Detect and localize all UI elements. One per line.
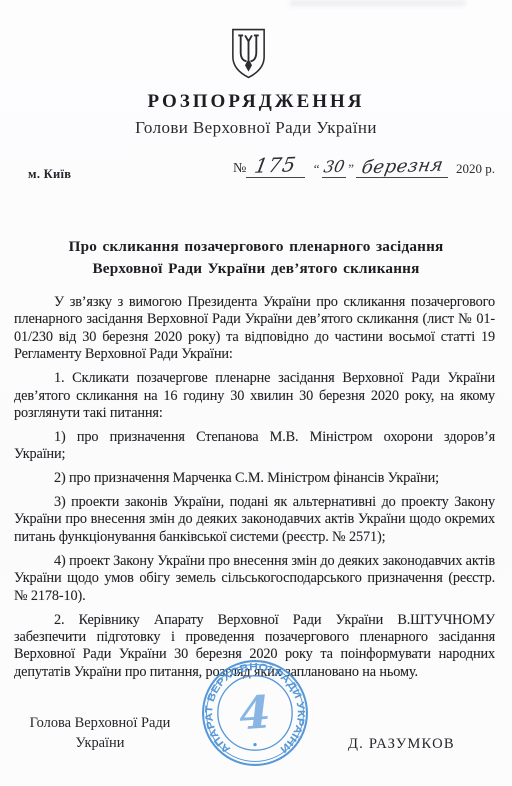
trident-icon	[238, 35, 259, 61]
body-paragraph: 1) про призначення Степанова М.В. Мініст…	[14, 429, 495, 464]
number-handwritten: 175	[253, 155, 298, 174]
stamp-handwritten-numeral: 4	[237, 685, 272, 740]
number-date-line: № 175 “ 30 ” березня 2020 р.	[233, 156, 495, 178]
place-label: м. Київ	[28, 167, 71, 182]
ukraine-trident-emblem	[227, 26, 270, 82]
issuing-authority: Голови Верховної Ради України	[0, 118, 512, 138]
signatory-position-line-1: Голова Верховної Ради	[24, 713, 176, 733]
close-quote-mark: ”	[348, 161, 354, 178]
body-paragraph: У зв’язку з вимогою Президента України п…	[14, 294, 495, 364]
official-stamp: АПАРАТ ВЕРХОВНОЇ РАДИ УКРАЇНИ 4	[200, 658, 310, 768]
day-handwritten: 30	[322, 159, 345, 175]
scan-artifact	[290, 0, 465, 6]
year-label: 2020 р.	[456, 161, 495, 178]
title-line-1: Про скликання позачергового пленарного з…	[30, 236, 482, 258]
title-line-2: Верховної Ради України дев’ятого скликан…	[30, 258, 482, 280]
stamp-dot	[253, 743, 256, 746]
month-blank-field: березня	[356, 159, 448, 178]
body-paragraph: 1. Скликати позачергове пленарне засідан…	[14, 370, 495, 422]
document-page: РОЗПОРЯДЖЕННЯ Голови Верховної Ради Укра…	[0, 0, 512, 786]
number-label: №	[233, 161, 246, 178]
month-handwritten: березня	[360, 158, 444, 177]
signatory-position-line-2: України	[24, 733, 176, 753]
number-blank-field: 175	[246, 156, 304, 178]
body-paragraph: 3) проекти законів України, подані як ал…	[14, 494, 495, 546]
signatory-name: Д. РАЗУМКОВ	[348, 736, 455, 753]
open-quote-mark: “	[314, 161, 320, 178]
body-paragraph: 2) про призначення Марченка С.М. Міністр…	[14, 470, 495, 487]
document-type-heading: РОЗПОРЯДЖЕННЯ	[0, 91, 512, 113]
signatory-position: Голова Верховної Ради України	[24, 713, 176, 753]
document-title: Про скликання позачергового пленарного з…	[30, 236, 482, 279]
day-blank-field: 30	[322, 159, 347, 178]
document-body: У зв’язку з вимогою Президента України п…	[14, 294, 495, 688]
body-paragraph: 4) проект Закону України про внесення зм…	[14, 553, 495, 605]
